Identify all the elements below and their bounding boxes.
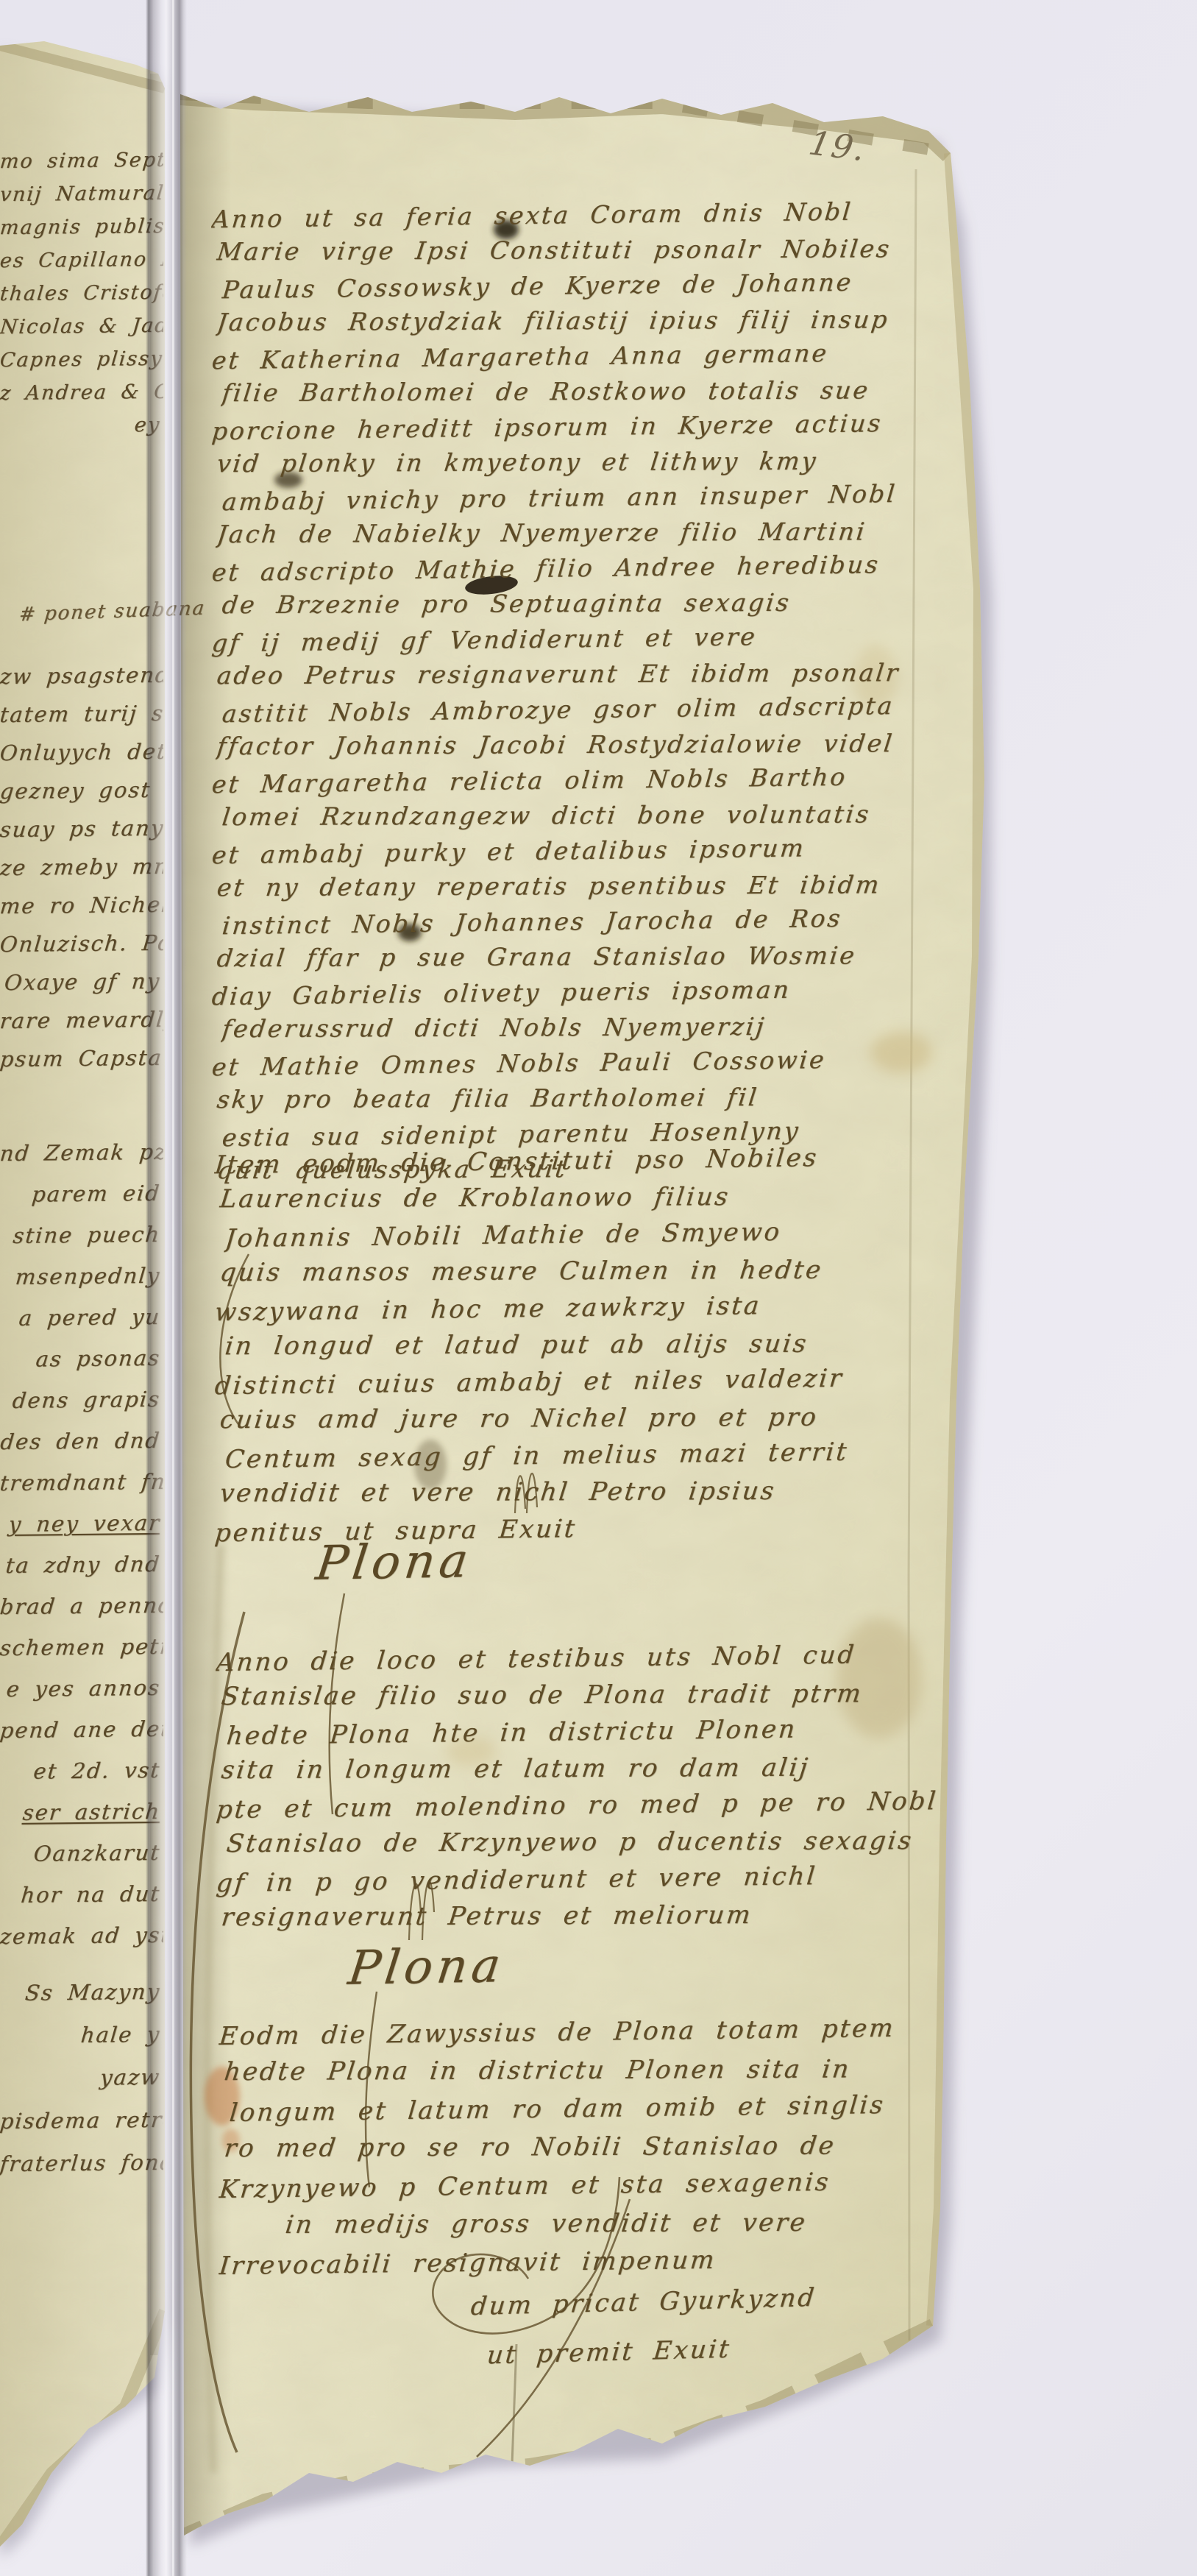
verso-text-fragment-block: zw psagstendtatem turij sueOnluyych dety… (0, 657, 163, 1078)
manuscript-line: et Margaretha relicta olim Nobls Bartho (210, 758, 971, 803)
manuscript-line: cuius amd jure ro Nichel pro et pro (218, 1398, 967, 1438)
manuscript-line: et ambabj purky et detalibus ipsorum (210, 829, 971, 874)
manuscript-line-fragment: gezney gost Et (0, 771, 163, 810)
manuscript-line: ro med pro se ro Nobili Stanislao de (222, 2126, 950, 2168)
manuscript-line: Anno ut sa feria sexta Coram dnis Nobl (210, 193, 971, 238)
manuscript-line-fragment: ze zmeby mnds (0, 847, 163, 887)
manuscript-line-fragment: e yes annos (0, 1667, 163, 1710)
manuscript-line: in longud et latud put ab alijs suis (223, 1325, 967, 1365)
manuscript-line-fragment: suay ps tanyd (0, 809, 163, 849)
manuscript-line-fragment: Oxaye gf ny (0, 962, 163, 1002)
verso-text-fragment-block: nd Zemak pzdparem eidstine puechmsenpedn… (0, 1132, 163, 1956)
manuscript-line: longum et latum ro dam omib et singlis (228, 2085, 950, 2132)
manuscript-line-fragment: me ro Nichel zy (0, 885, 163, 925)
manuscript-line-fragment: des den dnd (0, 1420, 163, 1462)
verso-text-fragment-block: Ss Mazynyhale yyazwpisdema retro amitfra… (0, 1971, 163, 2184)
manuscript-line-fragment: Onluzisch. Pd (0, 924, 163, 963)
glass-weight-rod (146, 0, 187, 2576)
manuscript-line-fragment: psum Capstane (0, 1038, 163, 1078)
manuscript-line: in medijs gross vendidit et vere (283, 2203, 950, 2244)
manuscript-line: Johannis Nobili Mathie de Smyewo (224, 1211, 967, 1257)
manuscript-line-fragment: brad a pennd (0, 1585, 163, 1627)
manuscript-line-fragment: msenpednly (0, 1255, 163, 1298)
manuscript-line: Krzynyewo p Centum et sta sexagenis (218, 2162, 950, 2209)
manuscript-line: et Mathie Omnes Nobls Pauli Cossowie (210, 1041, 971, 1086)
manuscript-line: quis mansos mesure Culmen in hedte (218, 1251, 967, 1291)
manuscript-line: filie Bartholomei de Rostkowo totalis su… (220, 372, 972, 411)
section-heading-plona-1: Plona (313, 1534, 475, 1591)
manuscript-line-fragment: zemak ad ysty (0, 1914, 163, 1956)
manuscript-line: astitit Nobls Ambrozye gsor olim adscrip… (221, 687, 971, 732)
manuscript-line: ffactor Johannis Jacobi Rostydzialowie v… (215, 726, 972, 764)
manuscript-line-fragment: Oanzkarut (0, 1832, 163, 1875)
manuscript-line-fragment: magnis publishe (0, 210, 162, 244)
manuscript-line: hedte Plona hte in districtu Plonen (225, 1709, 954, 1755)
manuscript-line-fragment: tatem turij sue (0, 694, 163, 734)
manuscript-line-fragment: es Capillano Pa (0, 243, 162, 277)
manuscript-line: gf ij medij gf Vendiderunt et vere (210, 617, 971, 662)
manuscript-photo: 19. mo sima Septavnij Natmuralmagnis pub… (0, 0, 1197, 2576)
manuscript-line: porcione hereditt ipsorum in Kyerze acti… (210, 405, 971, 450)
manuscript-line: de Brzeznie pro Septuaginta sexagis (220, 584, 972, 623)
manuscript-line-fragment: ta zdny dnd (0, 1543, 163, 1586)
manuscript-line: sita in longum et latum ro dam alij (219, 1749, 954, 1788)
manuscript-line-fragment: as psonas (0, 1337, 163, 1380)
manuscript-line: et ny detany reperatis psentibus Et ibid… (215, 867, 972, 905)
entry-paragraph-1: Anno ut sa feria sexta Coram dnis NoblMa… (212, 197, 970, 1186)
manuscript-line: et Katherina Margaretha Anna germane (210, 334, 971, 379)
manuscript-line: Laurencius de Kroblanowo filius (218, 1178, 967, 1217)
manuscript-line-fragment: parem eid (0, 1172, 163, 1215)
manuscript-line-fragment: dens grapis (0, 1379, 163, 1421)
manuscript-line: gf in p go vendiderunt et vere nichl (215, 1856, 954, 1902)
manuscript-line: wszywana in hoc me zawkrzy ista (213, 1285, 967, 1331)
manuscript-line-fragment: thales Cristofero (0, 276, 162, 311)
manuscript-line-fragment: hale y (0, 2013, 163, 2057)
manuscript-line: Centum sexag gf in melius mazi territ (224, 1432, 967, 1478)
manuscript-line: distincti cuius ambabj et niles valdezir (213, 1359, 967, 1405)
manuscript-line-fragment: ser astrich (0, 1791, 163, 1833)
manuscript-line: Jacobus Rostydziak filiastij ipius filij… (215, 302, 972, 340)
manuscript-line-fragment: pend ane dety (0, 1708, 163, 1751)
manuscript-line-fragment: pisdema retro amit (0, 2098, 163, 2142)
manuscript-line: Eodm die Zawyssius de Plona totam ptem (218, 2009, 950, 2056)
manuscript-line: diay Gabrielis olivety pueris ipsoman (210, 970, 971, 1015)
manuscript-line-fragment: tremdnant fnd (0, 1461, 163, 1504)
manuscript-line-fragment: schemen petmi (0, 1626, 163, 1669)
manuscript-line: Paulus Cossowsky de Kyerze de Johanne (221, 263, 971, 308)
manuscript-line-fragment: stine puech (0, 1214, 163, 1256)
manuscript-line: dzial ffar p sue Grana Stanislao Wosmie (215, 938, 972, 976)
manuscript-line: Irrevocabili resignavit impenum (218, 2238, 950, 2285)
section-heading-plona-2: Plona (345, 1939, 508, 1996)
manuscript-line-fragment: Onluyych dety (0, 732, 163, 772)
manuscript-line: instinct Nobls Johannes Jarocha de Ros (221, 899, 971, 944)
manuscript-line-fragment: fraterlus fondane (0, 2141, 163, 2184)
manuscript-line: Stanislao de Krzynyewo p ducentis sexagi… (224, 1822, 954, 1862)
manuscript-line: Stanislae filio suo de Plona tradit ptrm (219, 1675, 954, 1715)
manuscript-line: Anno die loco et testibus uts Nobl cud (215, 1635, 954, 1681)
manuscript-line-fragment: z Andrea & Ca (0, 375, 162, 410)
manuscript-line-fragment: zw psagstend (0, 657, 163, 696)
manuscript-line-fragment: y ney vexar (0, 1502, 163, 1545)
manuscript-line: et adscripto Mathie filio Andree heredib… (210, 546, 971, 591)
folio-number: 19. (806, 124, 870, 169)
manuscript-line: resignaverunt Petrus et meliorum (219, 1896, 954, 1936)
manuscript-line: hedte Plona in districtu Plonen sita in (222, 2050, 950, 2091)
manuscript-line-fragment: et 2d. vst (0, 1749, 163, 1792)
manuscript-line: Item eodm die Constituti pso Nobiles (213, 1138, 967, 1184)
manuscript-line-fragment: Ss Mazyny (0, 1971, 163, 2014)
manuscript-line-fragment: yazw (0, 2056, 163, 2100)
manuscript-line: vid plonky in kmyetony et lithwy kmy (215, 443, 972, 481)
manuscript-line: Marie virge Ipsi Constituti psonalr Nobi… (215, 231, 972, 269)
entry-paragraph-4: Eodm die Zawyssius de Plona totam ptemhe… (219, 2013, 948, 2281)
manuscript-line-fragment: mo sima Septa (0, 144, 162, 178)
manuscript-line-fragment: Nicolas & Jadtus (0, 309, 162, 344)
manuscript-line-fragment: rare mevardly (0, 1000, 163, 1040)
entry-paragraph-2: Item eodm die Constituti pso NobilesLaur… (215, 1142, 965, 1547)
manuscript-line: adeo Petrus resignaverunt Et ibidm psona… (215, 655, 972, 693)
manuscript-line: lomei Rzundzangezw dicti bone voluntatis (220, 796, 972, 835)
manuscript-line: pte et cum molendino ro med p pe ro Nobl (215, 1783, 954, 1828)
manuscript-line: ambabj vnichy pro trium ann insuper Nobl (221, 475, 971, 520)
manuscript-line: sky pro beata filia Bartholomei fil (215, 1079, 972, 1117)
manuscript-line-fragment: Capnes plissy Ot. (0, 342, 162, 377)
manuscript-line-fragment: hor na dut (0, 1873, 163, 1916)
manuscript-line-fragment: ey (0, 408, 162, 442)
manuscript-line-fragment: vnij Natmural (0, 177, 162, 211)
verso-text-fragment-block: mo sima Septavnij Natmuralmagnis publish… (0, 144, 163, 442)
manuscript-line-fragment: nd Zemak pzd (0, 1132, 163, 1174)
entry-paragraph-3: Anno die loco et testibus uts Nobl cudSt… (216, 1640, 952, 1934)
manuscript-line: federussrud dicti Nobls Nyemyerzij (220, 1008, 972, 1047)
manuscript-line: Jach de Nabielky Nyemyerze filio Martini (215, 514, 972, 552)
manuscript-line-fragment: a pered yu (0, 1296, 163, 1339)
manuscript-line: vendidit et vere nichl Petro ipsius (218, 1472, 967, 1512)
